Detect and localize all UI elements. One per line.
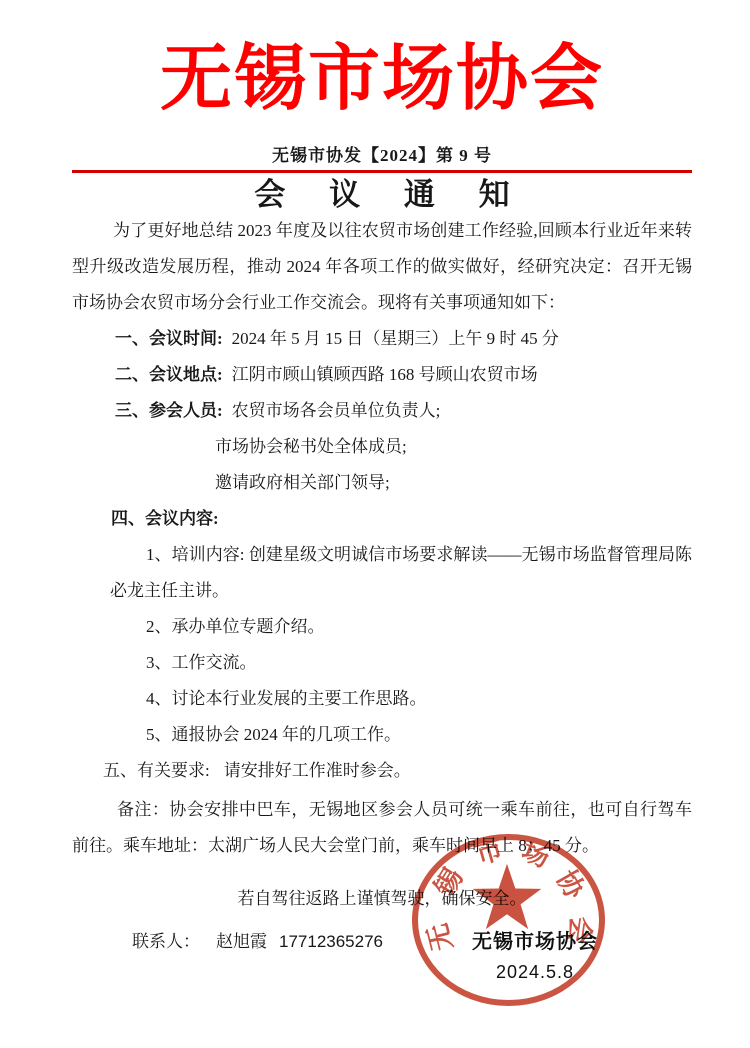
intro-paragraph: 为了更好地总结 2023 年度及以往农贸市场创建工作经验,回顾本行业近年来转型升… <box>72 213 692 321</box>
agenda-item: 3、工作交流。 <box>110 645 692 681</box>
item-label: 会议时间: <box>149 329 223 348</box>
doc-number: 无锡市协发【2024】第 9 号 <box>72 144 692 168</box>
red-divider-rule <box>72 170 692 173</box>
item-label: 会议内容: <box>145 509 219 528</box>
item-number: 四、 <box>111 509 145 528</box>
requirements-row: 五、有关要求:请安排好工作准时参会。 <box>72 753 692 789</box>
item-label: 参会人员: <box>149 401 223 420</box>
signature-block: 无锡市场协会 2024.5.8 <box>436 931 634 982</box>
contact-name: 赵旭霞 <box>216 932 267 951</box>
agenda-item: 2、承办单位专题介绍。 <box>110 609 692 645</box>
item-label: 会议地点: <box>149 365 223 384</box>
item-value: 农贸市场各会员单位负责人; <box>232 401 441 420</box>
notice-title: 会 议 通 知 <box>72 177 692 213</box>
signature-org-name: 无锡市场协会 <box>436 931 634 953</box>
item-label: 有关要求: <box>137 761 210 780</box>
agenda-item: 1、培训内容: 创建星级文明诚信市场要求解读——无锡市场监督管理局陈必龙主任主讲… <box>110 537 692 609</box>
org-title: 无锡市场协会 <box>72 38 692 120</box>
agenda-item: 5、通报协会 2024 年的几项工作。 <box>110 717 692 753</box>
attendees-extra-line: 市场协会秘书处全体成员; <box>72 429 692 465</box>
contact-phone: 17712365276 <box>279 932 383 951</box>
meeting-place-row: 二、会议地点:江阴市顾山镇顾西路 168 号顾山农贸市场 <box>72 357 692 393</box>
signature-date: 2024.5.8 <box>436 962 634 982</box>
agenda-item: 4、讨论本行业发展的主要工作思路。 <box>110 681 692 717</box>
document-content: 无锡市场协会 无锡市协发【2024】第 9 号 会 议 通 知 为了更好地总结 … <box>0 0 750 960</box>
item-number: 五、 <box>103 761 137 780</box>
item-number: 三、 <box>115 401 149 420</box>
item-number: 一、 <box>115 329 149 348</box>
item-value: 2024 年 5 月 15 日（星期三）上午 9 时 45 分 <box>232 329 559 348</box>
item-value: 江阴市顾山镇顾西路 168 号顾山农贸市场 <box>232 365 538 384</box>
item-number: 二、 <box>115 365 149 384</box>
agenda-heading-row: 四、会议内容: <box>72 501 692 537</box>
remark-safety-line: 若自驾往返路上谨慎驾驶，确保安全。 <box>72 881 692 917</box>
attendees-extra-line: 邀请政府相关部门领导; <box>72 465 692 501</box>
remark-paragraph: 备注：协会安排中巴车，无锡地区参会人员可统一乘车前往，也可自行驾车前往。乘车地址… <box>72 792 692 864</box>
attendees-row: 三、参会人员:农贸市场各会员单位负责人; <box>72 393 692 429</box>
meeting-notice-document: 无锡市场协会 无锡市协发【2024】第 9 号 会 议 通 知 为了更好地总结 … <box>0 0 750 1048</box>
item-value: 请安排好工作准时参会。 <box>224 761 411 780</box>
document-body: 为了更好地总结 2023 年度及以往农贸市场创建工作经验,回顾本行业近年来转型升… <box>72 213 692 960</box>
contact-label: 联系人： <box>132 932 200 951</box>
meeting-time-row: 一、会议时间:2024 年 5 月 15 日（星期三）上午 9 时 45 分 <box>72 321 692 357</box>
